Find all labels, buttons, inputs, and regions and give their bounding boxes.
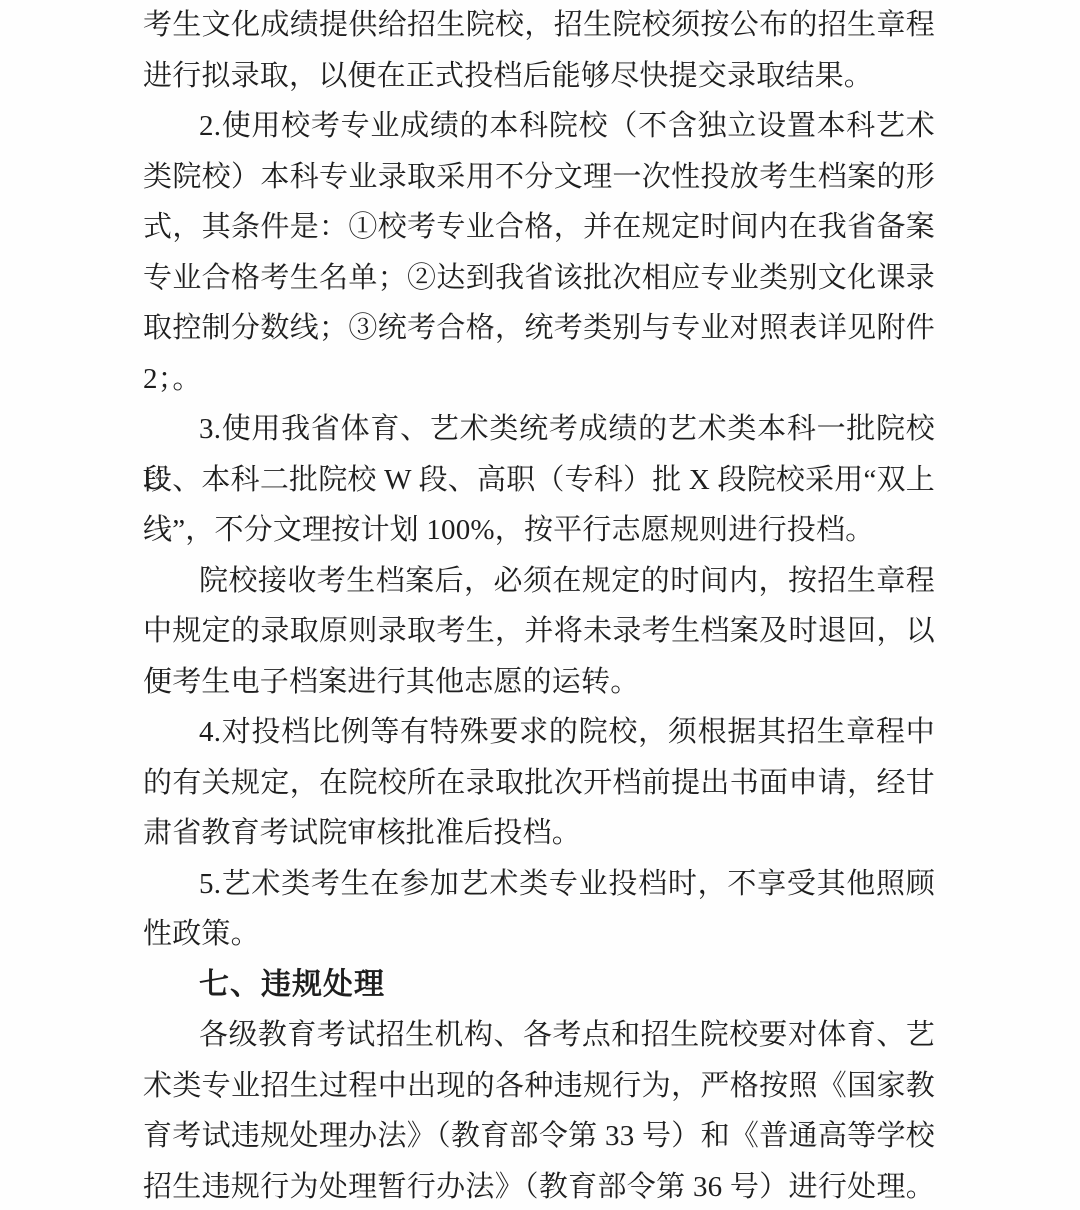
text-line: 式，其条件是：①校考专业合格，并在规定时间内在我省备案 bbox=[143, 202, 935, 253]
text-line: 性政策。 bbox=[143, 909, 935, 960]
text-line: 段、本科二批院校 W 段、高职（专科）批 X 段院校采用“双上 bbox=[143, 455, 935, 506]
text-line: 术类专业招生过程中出现的各种违规行为，严格按照《国家教 bbox=[143, 1061, 935, 1112]
text-line: 线”，不分文理按计划 100%，按平行志愿规则进行投档。 bbox=[143, 505, 935, 556]
text-line: 进行拟录取，以便在正式投档后能够尽快提交录取结果。 bbox=[143, 51, 935, 102]
text-line: 4.对投档比例等有特殊要求的院校，须根据其招生章程中 bbox=[143, 707, 935, 758]
text-line: 2；。 bbox=[143, 354, 935, 405]
text-line: 取控制分数线；③统考合格，统考类别与专业对照表详见附件 bbox=[143, 303, 935, 354]
text-line: 肃省教育考试院审核批准后投档。 bbox=[143, 808, 935, 859]
text-line: 2.使用校考专业成绩的本科院校（不含独立设置本科艺术 bbox=[143, 101, 935, 152]
document-text-block: 考生文化成绩提供给招生院校，招生院校须按公布的招生章程 进行拟录取，以便在正式投… bbox=[143, 0, 935, 1210]
text-line: 考生文化成绩提供给招生院校，招生院校须按公布的招生章程 bbox=[143, 0, 935, 51]
text-line: 的有关规定，在院校所在录取批次开档前提出书面申请，经甘 bbox=[143, 758, 935, 809]
text-line: 中规定的录取原则录取考生，并将未录考生档案及时退回，以 bbox=[143, 606, 935, 657]
text-line: 专业合格考生名单；②达到我省该批次相应专业类别文化课录 bbox=[143, 253, 935, 304]
text-line: 育考试违规处理办法》（教育部令第 33 号）和《普通高等学校 bbox=[143, 1111, 935, 1162]
text-line: 类院校）本科专业录取采用不分文理一次性投放考生档案的形 bbox=[143, 152, 935, 203]
document-page: 考生文化成绩提供给招生院校，招生院校须按公布的招生章程 进行拟录取，以便在正式投… bbox=[0, 0, 1080, 1210]
text-line: 便考生电子档案进行其他志愿的运转。 bbox=[143, 657, 935, 708]
text-line: 3.使用我省体育、艺术类统考成绩的艺术类本科一批院校 U bbox=[143, 404, 935, 455]
section-heading: 七、违规处理 bbox=[143, 960, 935, 1011]
text-line: 5.艺术类考生在参加艺术类专业投档时，不享受其他照顾 bbox=[143, 859, 935, 910]
text-line: 各级教育考试招生机构、各考点和招生院校要对体育、艺 bbox=[143, 1010, 935, 1061]
text-line: 招生违规行为处理暂行办法》（教育部令第 36 号）进行处理。 bbox=[143, 1162, 935, 1210]
text-line: 院校接收考生档案后，必须在规定的时间内，按招生章程 bbox=[143, 556, 935, 607]
